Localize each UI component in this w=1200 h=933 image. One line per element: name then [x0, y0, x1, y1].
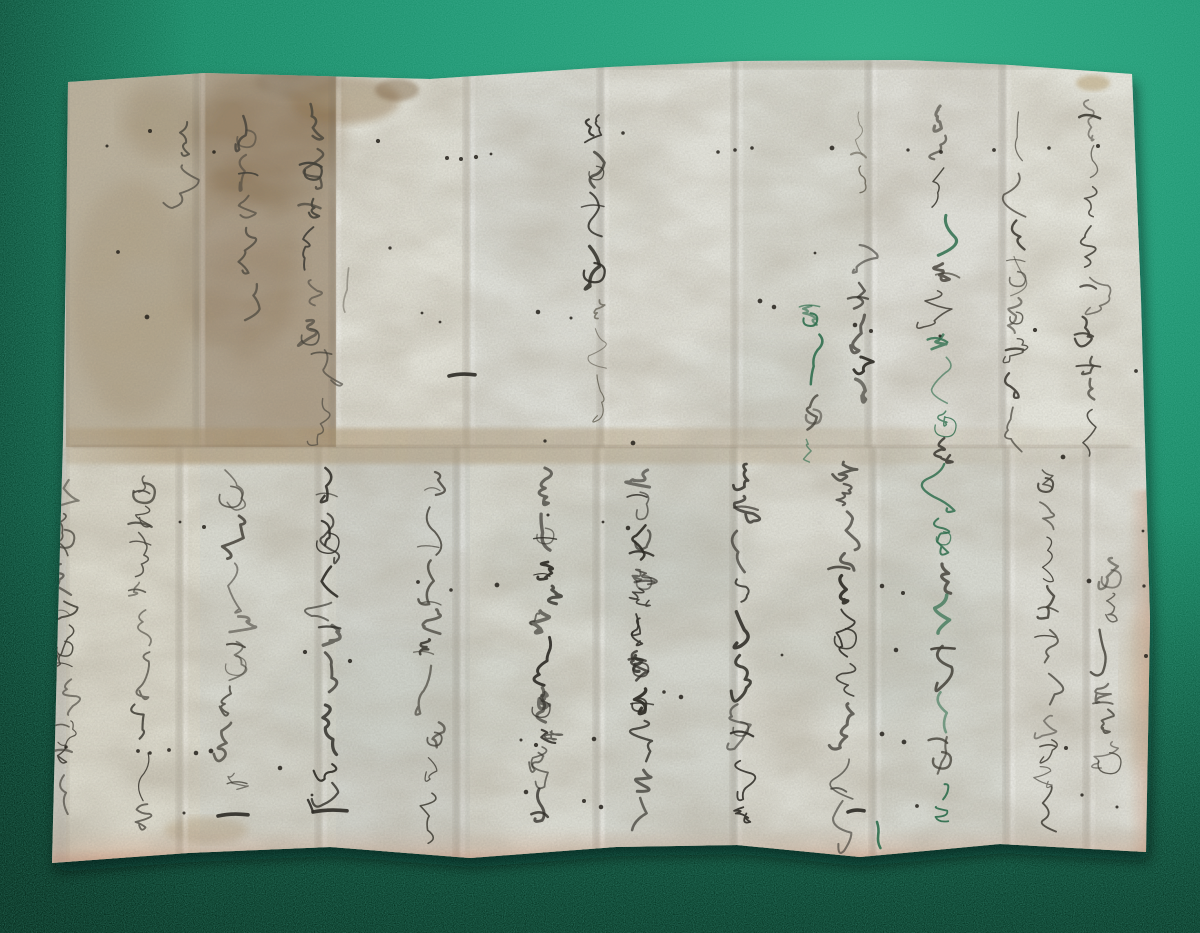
wormhole-dot	[145, 315, 150, 320]
wormhole-dot	[348, 659, 352, 663]
wormhole-dot	[167, 748, 171, 752]
wormhole-dot	[631, 441, 636, 446]
wormhole-dot	[202, 525, 206, 529]
wormhole-dot	[830, 146, 835, 151]
wormhole-dot	[1087, 579, 1092, 584]
wormhole-dot	[880, 584, 885, 589]
wormhole-dot	[536, 310, 541, 315]
wormhole-dot	[1115, 805, 1118, 808]
wormhole-dot	[814, 252, 817, 255]
wormhole-dot	[938, 334, 941, 337]
wormhole-dot	[599, 805, 604, 810]
wormhole-dot	[182, 811, 185, 814]
paper-surface	[0, 0, 1200, 933]
wormhole-dot	[781, 654, 784, 657]
ink-stroke	[848, 810, 864, 812]
wormhole-dot	[1142, 584, 1145, 587]
ink-stroke	[931, 648, 954, 649]
wormhole-dot	[449, 588, 453, 592]
wormhole-dot	[569, 316, 572, 319]
wormhole-dot	[939, 150, 943, 154]
ichi-dash-mark	[218, 814, 248, 816]
wormhole-dot	[445, 156, 449, 160]
wormhole-dot	[209, 749, 214, 754]
wormhole-dot	[853, 323, 858, 328]
wormhole-dot	[278, 766, 283, 771]
wormhole-dot	[582, 799, 586, 803]
wormhole-dot	[534, 743, 538, 747]
wormhole-dot	[662, 690, 666, 694]
wormhole-dot	[626, 526, 631, 531]
ichi-dash-mark	[848, 810, 864, 812]
wormhole-dot	[758, 299, 763, 304]
wormhole-dot	[416, 580, 420, 584]
wormhole-dot	[519, 738, 522, 741]
wormhole-dot	[136, 749, 140, 753]
wormhole-dot	[733, 148, 737, 152]
wormhole-dot	[311, 794, 314, 797]
wormhole-dot	[459, 157, 463, 161]
ichi-dash-mark	[449, 374, 475, 376]
wormhole-dot	[915, 804, 919, 808]
wormhole-dot	[592, 737, 597, 742]
wormhole-dot	[543, 439, 546, 442]
wormhole-dot	[1144, 654, 1148, 658]
wormhole-dot	[716, 150, 720, 154]
wormhole-dot	[906, 148, 909, 151]
wormhole-dot	[1142, 530, 1145, 533]
wormhole-dot	[421, 312, 424, 315]
wormhole-dot	[894, 648, 899, 653]
ink-stroke	[449, 374, 475, 376]
wormhole-dot	[901, 591, 905, 595]
wormhole-dot	[1134, 369, 1138, 373]
wormhole-dot	[116, 250, 120, 254]
wormhole-dot	[1033, 328, 1037, 332]
wormhole-dot	[148, 129, 152, 133]
wormhole-dot	[621, 131, 625, 135]
wormhole-dot	[1047, 146, 1051, 150]
document-photo-canvas	[0, 0, 1200, 933]
photo-of-antique-japanese-letter	[0, 0, 1200, 933]
wormhole-dot	[1096, 144, 1100, 148]
wormhole-dot	[992, 148, 996, 152]
wormhole-dot	[869, 329, 873, 333]
wormhole-dot	[1064, 746, 1068, 750]
wormhole-dot	[750, 146, 754, 150]
wormhole-dot	[546, 513, 549, 516]
wormhole-dot	[212, 150, 216, 154]
wormhole-dot	[602, 521, 605, 524]
paper-grain-texture	[0, 0, 1200, 933]
wormhole-dot	[376, 139, 380, 143]
wormhole-dot	[524, 790, 529, 795]
wormhole-dot	[490, 153, 493, 156]
wormhole-dot	[880, 732, 885, 737]
wormhole-dot	[1061, 455, 1066, 460]
wormhole-dot	[474, 155, 478, 159]
wormhole-dot	[64, 745, 68, 749]
wormhole-dot	[105, 144, 108, 147]
wormhole-dot	[303, 650, 307, 654]
wormhole-dot	[902, 740, 907, 745]
wormhole-dot	[439, 321, 442, 324]
wormhole-dot	[388, 246, 391, 249]
paper-sheet	[0, 0, 1200, 933]
wormhole-dot	[679, 695, 684, 700]
wormhole-dot	[772, 305, 777, 310]
ink-stroke	[313, 810, 347, 812]
wormhole-dot	[148, 751, 152, 755]
wormhole-dot	[194, 751, 199, 756]
wormhole-dot	[1080, 793, 1083, 796]
wormhole-dot	[179, 521, 182, 524]
ink-stroke	[218, 814, 248, 816]
wormhole-dot	[495, 583, 500, 588]
